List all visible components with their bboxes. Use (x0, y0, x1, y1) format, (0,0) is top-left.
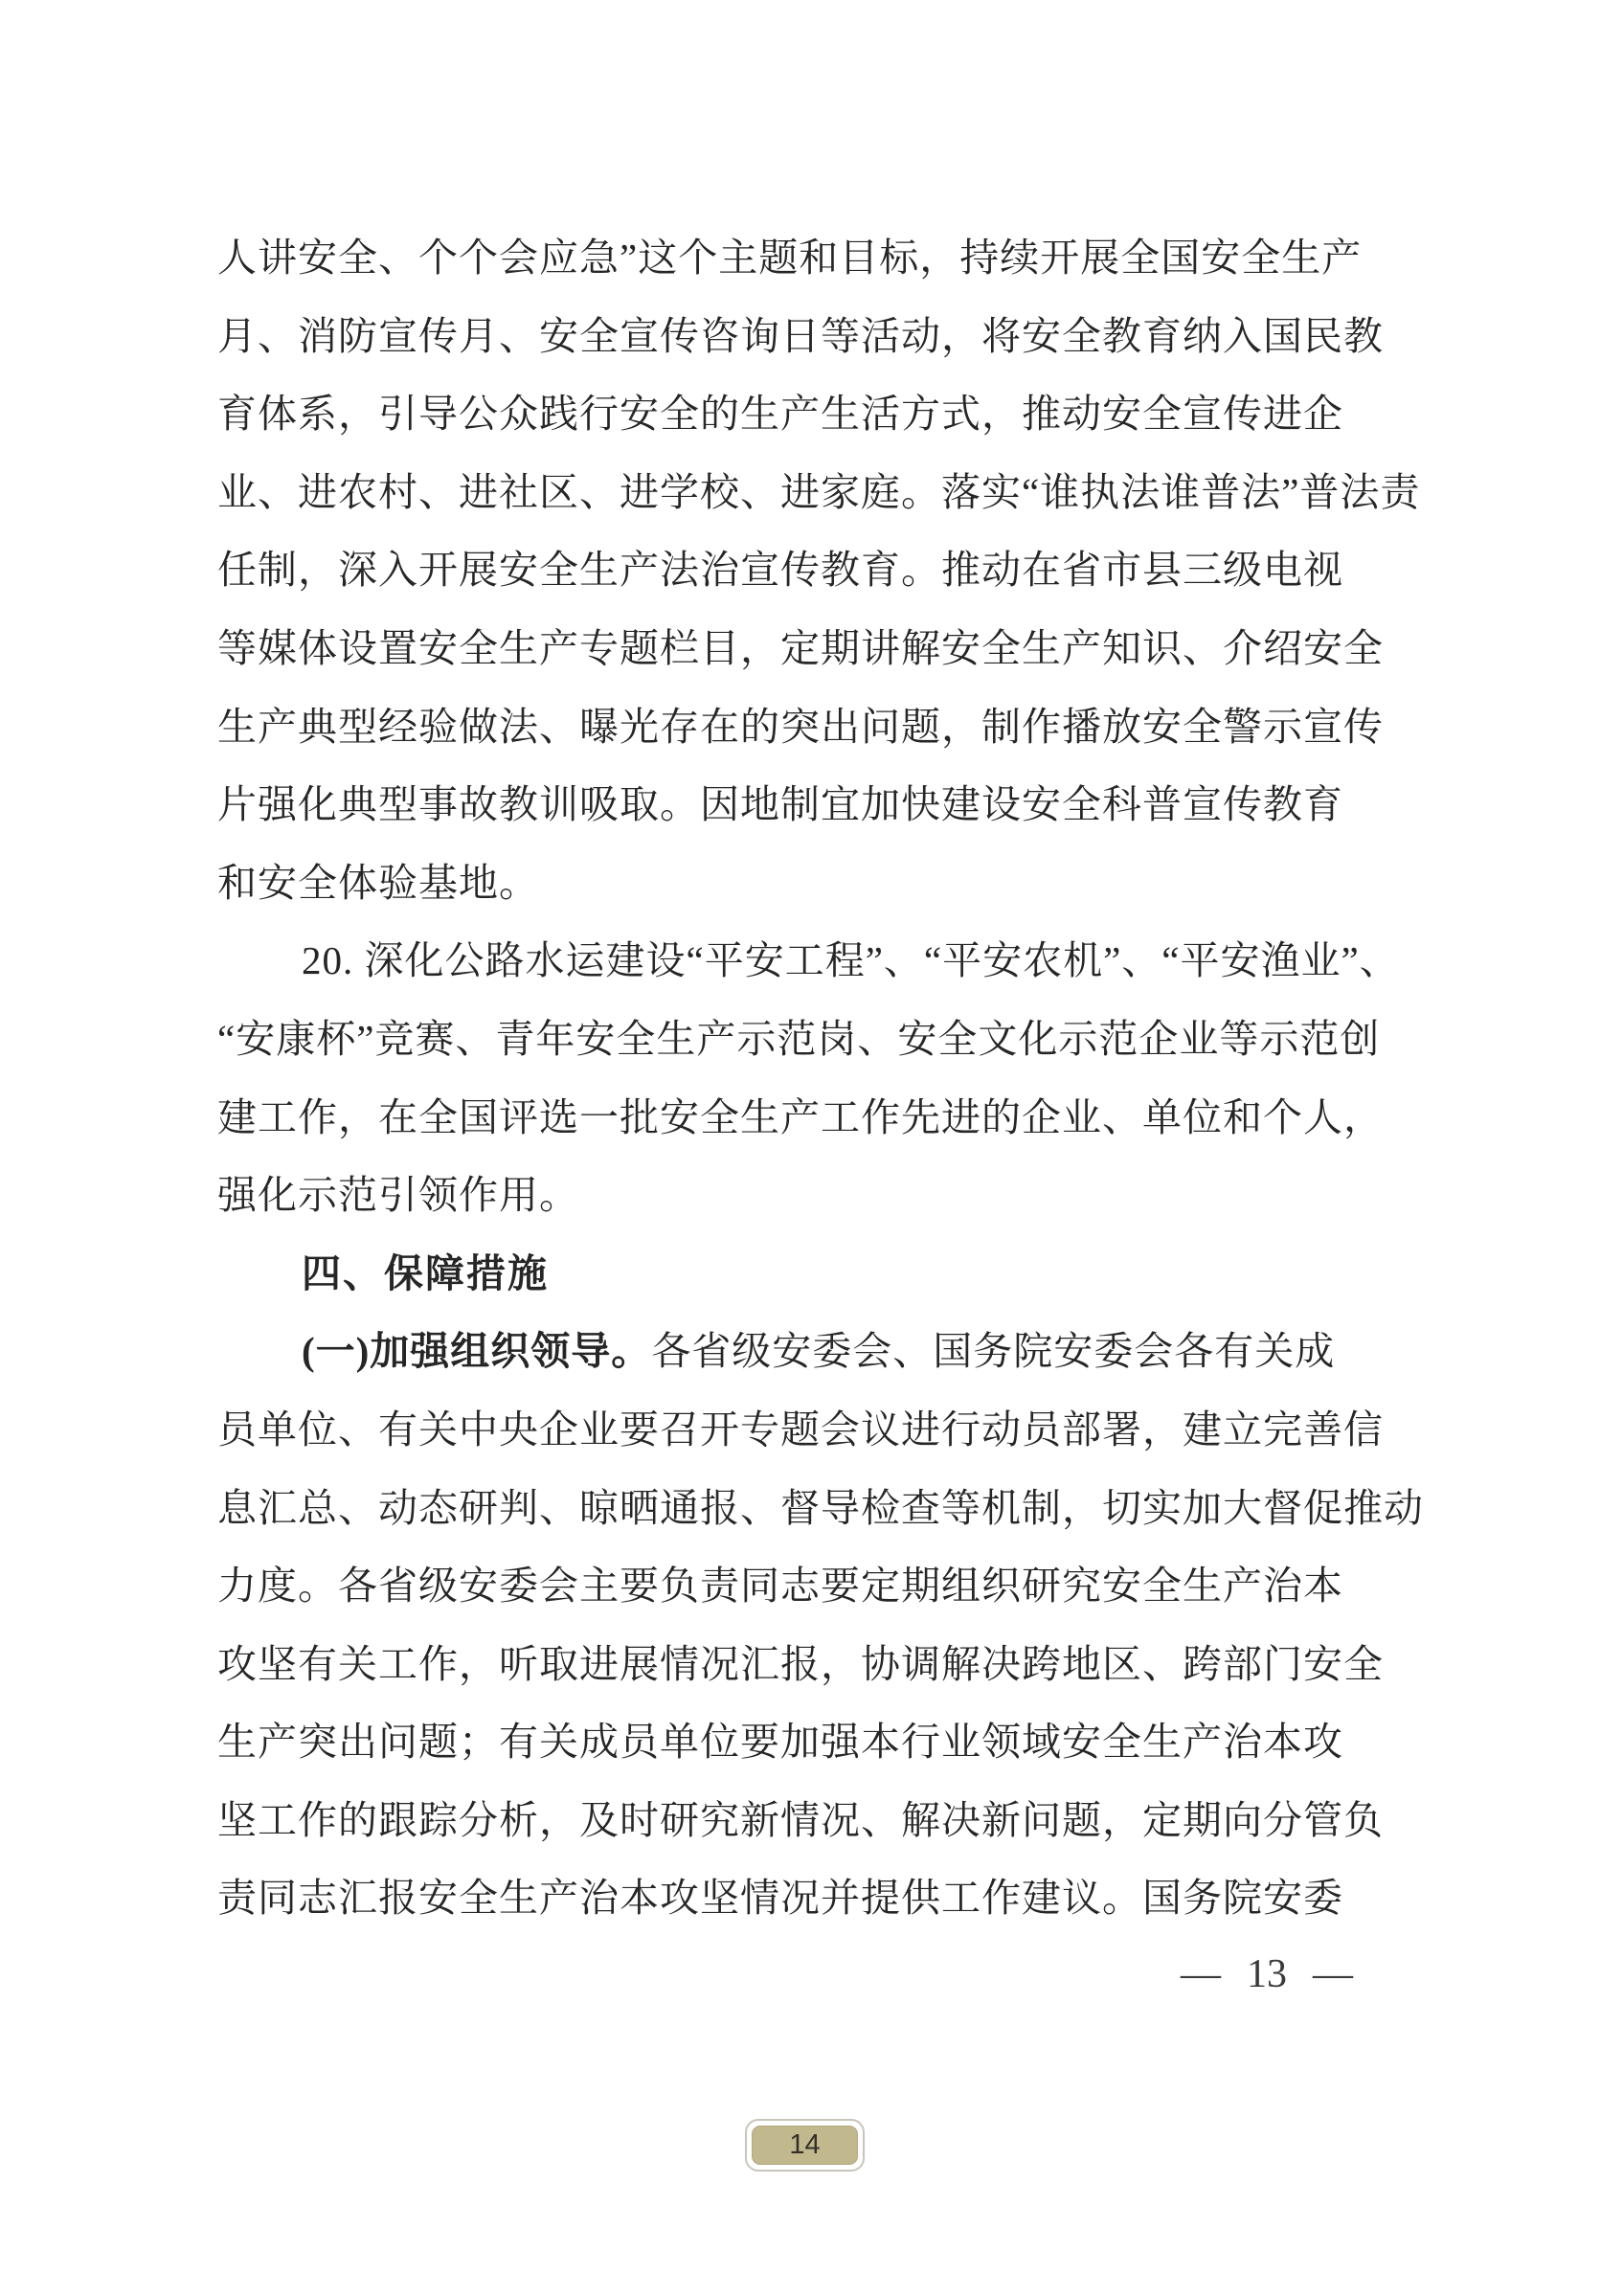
text-line: 建工作，在全国评选一批安全生产工作先进的企业、单位和个人， (217, 1079, 1386, 1158)
text-line: “安康杯”竞赛、青年安全生产示范岗、安全文化示范企业等示范创 (217, 1001, 1386, 1079)
footer-page-badge-label: 14 (752, 2126, 858, 2165)
text-line: (一)加强组织领导。各省级安委会、国务院安委会各有关成 (217, 1313, 1386, 1391)
text-line: 任制，深入开展安全生产法治宣传教育。推动在省市县三级电视 (217, 531, 1386, 610)
text-line: 20. 深化公路水运建设“平安工程”、“平安农机”、“平安渔业”、 (217, 922, 1386, 1001)
page-number: — 13 — (1181, 1936, 1353, 2013)
text-line: 生产典型经验做法、曝光存在的突出问题，制作播放安全警示宣传 (217, 688, 1386, 767)
text-line: 力度。各省级安委会主要负责同志要定期组织研究安全生产治本 (217, 1547, 1386, 1626)
text-line: 等媒体设置安全生产专题栏目，定期讲解安全生产知识、介绍安全 (217, 610, 1386, 688)
text-line: 攻坚有关工作，听取进展情况汇报，协调解决跨地区、跨部门安全 (217, 1626, 1386, 1704)
text-line: 责同志汇报安全生产治本攻坚情况并提供工作建议。国务院安委 (217, 1859, 1386, 1938)
text-line: 育体系，引导公众践行安全的生产生活方式，推动安全宣传进企 (217, 375, 1386, 454)
text-line: 月、消防宣传月、安全宣传咨询日等活动，将安全教育纳入国民教 (217, 298, 1386, 376)
footer-page-badge: 14 (745, 2119, 865, 2172)
text-line: 和安全体验基地。 (217, 844, 1386, 923)
page-number-value: 13 (1247, 1951, 1287, 1997)
text-line: 人讲安全、个个会应急”这个主题和目标，持续开展全国安全生产 (217, 219, 1386, 298)
text-block: 人讲安全、个个会应急”这个主题和目标，持续开展全国安全生产月、消防宣传月、安全宣… (217, 219, 1386, 1938)
page-number-dash-left: — (1181, 1951, 1221, 1997)
section-heading: 四、保障措施 (217, 1235, 1386, 1314)
text-line: 员单位、有关中央企业要召开专题会议进行动员部署，建立完善信 (217, 1391, 1386, 1470)
text-line: 息汇总、动态研判、晾晒通报、督导检查等机制，切实加大督促推动 (217, 1470, 1386, 1548)
text-line: 片强化典型事故教训吸取。因地制宜加快建设安全科普宣传教育 (217, 766, 1386, 844)
text-line: 业、进农村、进社区、进学校、进家庭。落实“谁执法谁普法”普法责 (217, 454, 1386, 532)
text-line: 生产突出问题；有关成员单位要加强本行业领域安全生产治本攻 (217, 1703, 1386, 1782)
text-line: 坚工作的跟踪分析，及时研究新情况、解决新问题，定期向分管负 (217, 1782, 1386, 1860)
bold-lead-text: (一)加强组织领导。 (302, 1329, 651, 1373)
page-number-dash-right: — (1313, 1951, 1353, 1997)
document-page: 人讲安全、个个会应急”这个主题和目标，持续开展全国安全生产月、消防宣传月、安全宣… (0, 0, 1623, 2296)
text-line: 强化示范引领作用。 (217, 1157, 1386, 1235)
